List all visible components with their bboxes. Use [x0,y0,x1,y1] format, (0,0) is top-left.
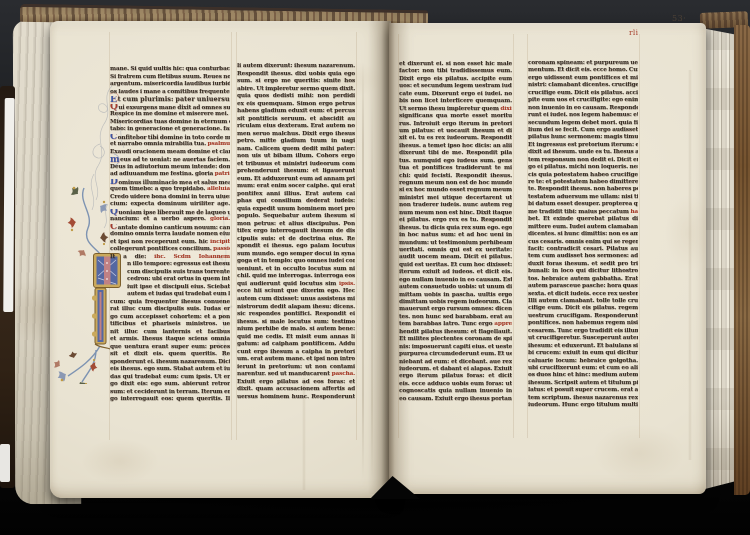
text-line: Credo uidere bona domini in terra uiuen [110,194,230,202]
text-line: cipulis suis: et de doctrina eius. Re [237,236,355,244]
text-line: ut crucifigeretur. Susceperunt autem [528,335,638,342]
text-line: bi datum esset desuper. propterea qui [528,201,638,208]
text-line: re te: et potestatem habeo dimittere [528,179,638,186]
text-line: dixerunt tibi de me. Respondit pila [399,150,512,157]
text-line: sum mundo. ego semper docui in syna [237,251,355,259]
text-line: Cantate domino canticum nouum: cantate [110,224,230,232]
text-line: tes. non hunc sed barabbam. erat au [399,314,512,321]
text-line: et ipsi non receperunt eum. hic incipit [110,239,230,247]
text-line: mauerunt ergo rursum omnes: dicen [399,306,512,313]
right-binding-board [734,25,750,495]
text-line: tos. hebraice autem gabbatha. Erat [528,276,638,283]
manuscript-photograph: mane. Si quid uultis hic: qua conturbaci… [0,0,750,535]
text-line: meus ad te ueniat: ne auertas faciem. [110,156,230,164]
text-line: bi crucem: exiuit in eum qui dicitur [528,350,638,357]
text-line: chil. quid me interrogas. interroga eos [237,273,355,281]
text-line: n illo tempore: egressus est ihesus [110,261,230,269]
text-line: nistri: clamabant dicentes. crucifige [528,82,638,89]
text-line: purpurea circumdederunt eum. Et ue [399,351,512,358]
text-line: tus. numquid ego iudeus sum. gens [399,158,512,165]
text-line: dimittam uobis regem iudeorum. Cla [399,299,512,306]
text-line: spondit ei ihesus. ego palam locutus [237,243,355,251]
text-line: ministri mei utique decertarent ut [399,195,512,202]
text-line: Ut sermo ihesu impleretur quem dixit: [399,106,512,113]
text-line: dicentes. si hunc dimittis: non es ami [528,231,638,238]
text-line: autem consuetudo uobis: ut unum di [399,284,512,291]
text-line: dixit. quam accusacionem affertis ad [237,386,355,394]
text-line: sit pontificis seruum. et abscidit au [237,116,355,124]
text-line: non traderer iudeis. nunc autem reg [399,202,512,209]
text-line: non inuenio in eo causam. Responde [528,105,638,112]
text-line: ihesum: et eduxerunt. Et baiulans si [528,343,638,350]
text-line: phas qui consilium dederat iudeis: [237,198,355,206]
text-line: uestrum crucifigam. Responderunt [528,313,638,320]
text-line: Respice in me domine et miserere mei. A. [110,111,230,119]
text-line: regnum meum non est de hoc mundo. [399,180,512,187]
text-line: Illi autem clamabant. tolle tolle cru [528,298,638,305]
text-line: iudeorum. Hunc ergo titulum multi [528,402,638,409]
text-line: ubi crucifixerunt eum: et cum eo ali [528,365,638,372]
text-line: chi: quid fecisti. Respondit ihesus. [399,173,512,180]
text-line: Et milites plectentes coronam de spi [399,336,512,343]
text-line: mundum: ut testimonium perhibeam [399,240,512,247]
text-column-2: li autem dixerunt: ihesum nazarenum.Resp… [237,63,355,402]
text-line: quid me cedis. Et misit eum annas li [237,334,355,342]
text-line: cus cesaris. omnis enim qui se regem [528,239,638,246]
text-line: mittere eum. Iudei autem clamabant [528,224,638,231]
text-line: caluarie locum: hebraice golgotha. [528,358,638,365]
text-line: sic respondes pontifici. Respondit ei [237,311,355,319]
text-line: duxit foras ihesum. et sedit pro tri [528,261,638,268]
folio-number: 53· [672,14,686,23]
right-fore-edge-stack [701,28,737,490]
text-line: habens gladium eduxit eum: et percus [237,108,355,116]
text-line: nit illuc cum lanternis et facibus [110,329,230,337]
text-line: go cum accepisset cohortem: et a pon [110,314,230,322]
text-line: ueniunt. et in occulto locutus sum ni [237,266,355,274]
text-line: mon petrus: et alius discipulus. Pon [237,221,355,229]
text-line: cum discipulis suis trans torrentem [110,269,230,277]
text-column-3: et dixerunt ei. si non esset hic malefac… [399,61,512,404]
text-line: argentum. misericordia laudibus iurbide … [110,81,230,89]
text-line: cesarem. Tunc ergo tradidit eis illum [528,328,638,335]
text-line: xit ei. tu es rex iudeorum. Respondit [399,135,512,142]
text-line: ihesus. a temet ipso hoc dicis: an alii [399,143,512,150]
text-line: ei pilatus. ergo rex es tu. Respondit [399,217,512,224]
text-line: quem timebo: a quo trepidabo. alleluia [110,186,230,194]
text-line: abire. Ut impleretur sermo quem dixit. [237,86,355,94]
text-line: iterum exiuit ad iudeos. et dicit eis. [399,269,512,276]
text-line: Confitebor tibi domine in toto corde meo [110,134,230,142]
text-line: Respondit ihesus. dixi uobis quia ego [237,71,355,79]
text-column-1: mane. Si quid uultis hic: qua conturbaci… [110,66,230,404]
text-line: quia quos dedisti mihi: non perdidi [237,93,355,101]
text-line: go ei pilatus. michi non loqueris. nes [528,164,638,171]
text-line: cum: quia frequenter ihesus conuene [110,299,230,307]
fore-edge-smudges [701,28,737,490]
text-line: mum: erat enim socer caiphe. qui erat [237,183,355,191]
text-line: crucifige eum. Dicit eis pilatus. acci [528,90,638,97]
text-line: Dixit ergo eis pilatus. accipite eum [399,76,512,83]
text-line: cunt ergo ihesum a caipha in pretori [237,349,355,357]
text-line: men seruo malchus. Dixit ergo ihesus [237,131,355,139]
text-line: mentum. Et dicit eis. ecce homo. Cum [528,67,638,74]
text-line: rat illuc cum discipulis suis. Iudas er [110,306,230,314]
text-line: lium dei se fecit. Cum ergo audisset [528,127,638,134]
text-line: ihesus. tu dicis quia rex sum ego. ego [399,225,512,232]
text-line: bet. Et exinde querebat pilatus di [528,216,638,223]
text-line: rus. Introiuit ergo iterum in pretori [399,121,512,128]
text-line: mane. Si quid uultis hic: qua conturbaci… [110,66,230,74]
text-line: ierunt in pretorium: ut non contami [237,364,355,372]
text-line: eis ihesus. ego sum. Stabat autem et iu [110,366,230,374]
text-line: ihesus. si male locutus sum: testimo [237,319,355,327]
text-line: facit: contradicit cesari. Pilatus au [528,246,638,253]
text-line: sponderunt ei. ihesum nazarenum. Dicit [110,359,230,367]
text-line: eum. Et adduxerunt eum ad annam pri [237,176,355,184]
text-line: nium perhibe de malo. si autem bene: [237,326,355,334]
text-line: iuit ipse et discipuli eius. Sciebat [110,284,230,292]
text-line: Dominus illuminacio mea et salus mea: [110,179,230,187]
text-line: sum. si ergo me queritis: sinite hos [237,78,355,86]
text-line: tem barabbas latro. Tunc ergo appre [399,321,512,328]
text-line: Deus in adiutorium meum intende: domine [110,164,230,172]
text-line: ueritati. omnis qui est ex ueritate: [399,247,512,254]
text-line: pilatus hunc sermonem: magis timuit. [528,134,638,141]
text-column-4: coronam spineam: et purpureum uestimentu… [528,60,638,410]
text-line: collegerunt pontifices concilium. passio… [110,246,230,254]
text-line: tem responsum non dedit ei. Dicit er [528,157,638,164]
text-line: me tradidit tibi: maius peccatum ha [528,209,638,216]
text-line: num meum non est hinc. Dixit itaque [399,210,512,217]
text-line: quid est ueritas. Et cum hoc dixisset: [399,262,512,269]
text-line: ergo iterum pilatus foras: et dicit [399,373,512,380]
text-line: sum: et ceciderunt in terram. Iterum er [110,389,230,397]
text-line: coronam spineam: et purpureum uesti [528,60,638,67]
text-line: cium: expecta dominum uiriliter age. [110,201,230,209]
text-line: tificibus et phariseis ministros. ue [110,321,230,329]
text-line: go interrogauit eos: quem queritis. Il [110,396,230,404]
text-line: autem cum dixisset: unus assistens mi [237,296,355,304]
text-line: populo. Sequebatur autem ihesum si [237,213,355,221]
text-line: sit et dixit eis. quem queritis. Re [110,351,230,359]
text-line: go dixit eis: ego sum. abierunt retror [110,381,230,389]
text-line: iudeorum. et dabant ei alapas. Exiuit [399,366,512,373]
text-line: que uentura erant super eum: proces [110,344,230,352]
text-line: domino omnis terra laudate nomen eius. [110,231,230,239]
text-line: bis non licet interficere quemquam. [399,98,512,105]
text-line: Exiuit ergo pilatus ad eos foras: et [237,379,355,387]
text-line: tem cum audisset hos sermones: ad [528,253,638,260]
text-line: pite eum uos et crucifigite: ego enim [528,97,638,104]
text-line: ad adiuuandum me festina. gloria patri. [110,171,230,179]
text-line: Et ingressus est pretorium iterum: et [528,142,638,149]
text-line: ergo uidissent eum pontifices et mi [528,75,638,82]
text-line: in hoc natus sum: et ad hoc ueni in [399,232,512,239]
text-line: Et cum plurimis: pater uniuersus dominus… [110,96,230,104]
text-line: cedron: ubi erat ortus in quem intro [110,276,230,284]
text-line: petro. mitte gladium tuum in uagi [237,138,355,146]
text-line: cifige eum. Dicit eis pilatus. regem [528,305,638,312]
text-line: cate eum. Dixerunt ergo ei iudei. no [399,91,512,98]
text-line: audit uocem meam. Dicit ei pilatus. [399,254,512,261]
text-line: significans qua morte esset moritu [399,113,512,120]
protruding-white-leaf-lower [0,444,10,482]
text-line: nam. Calicem quem dedit mihi pater: [237,146,355,154]
quire-mark: rli [629,28,638,37]
text-line: dixit ad ihesum. unde es tu. Ihesus au [528,149,638,156]
text-line: pontifices. non habemus regem nisi [528,320,638,327]
text-line: prehenderunt ihesum: et ligauerunt [237,168,355,176]
text-line: factor: non tibi tradidissemus eum. [399,68,512,75]
text-line: hendit pilatus ihesum: et flagellauit. [399,329,512,336]
text-line: tabo: in generacione et generacione. fan… [110,126,230,134]
protruding-white-leaf-upper [3,98,14,312]
text-line: os laudes i mane a comitibus frequenter. [110,89,230,97]
text-line: quia expedit unum hominem mori pro [237,206,355,214]
text-line: sexta. et dicit iudeis. ecce rex uester. [528,291,638,298]
text-line: et armis. Ihesus itaque sciens omnia [110,336,230,344]
text-line: riculam eius dexteram. Erat autem no [237,123,355,131]
text-line: narentur. sed ut manducarent pascha. [237,371,355,379]
text-line: niebant ad eum: et dicebant. aue rex [399,359,512,366]
text-line: Misericordias tuas domine in eternum can… [110,119,230,127]
text-line: ex eis quemquam. Simon ergo petrus [237,101,355,109]
text-line: das qui tradebat eum: cum ipsis. Ut er [110,374,230,382]
text-line: cognoscatis quia nullam inuenio in [399,388,512,395]
text-line: et tribunus et ministri iudeorum com [237,161,355,169]
text-line: ego nullam inuenio in eo causam. Est [399,277,512,284]
text-line: ihesum. Scripsit autem et titulum pi [528,380,638,387]
text-line: goga et in templo: quo omnes iudei con [237,258,355,266]
text-line: runt ei iudei. nos legem habemus: et [528,112,638,119]
text-line: nancium: et a uerbo aspero. gloria. [110,216,230,224]
text-line: eo causam. Exiuit ergo ihesus portans [399,396,512,403]
text-line: autem parasceue pasche: hora quasi [528,283,638,290]
text-line: qui audierunt quid locutus sim ipsis. [237,281,355,289]
text-line: nis: imposuerunt capiti eius. et ueste [399,344,512,351]
text-line: um pilatus: et uocauit ihesum et di [399,128,512,135]
text-line: Quoniam ipse liberauit me de laqueo ue [110,209,230,217]
text-line: Si fratrem cum fletibus suum. Reues nobi… [110,74,230,82]
text-line: li autem dixerunt: ihesum nazarenum. [237,63,355,71]
text-line: si ex hoc mundo esset regnum meum: [399,187,512,194]
text-line: It a die: ihc. Scdm Iohannem [110,254,230,262]
text-line: et narrabo omnia mirabilia tua. psalmus [110,141,230,149]
text-line: latus: et posuit super crucem. erat au [528,387,638,394]
text-line: ecce hii sciunt que dixerim ego. Hec [237,288,355,296]
text-line: os duos hinc et hinc: medium autem [528,372,638,379]
text-line: Exaudi oracionem meam domine et clamor [110,149,230,157]
text-line: non uis ut bibam illum. Cohors ergo [237,153,355,161]
text-line: cis quia potestatem habeo crucifige [528,172,638,179]
text-line: testatem aduersum me ullam: nisi ti [528,194,638,201]
text-line: autem et iudas qui tradebat eum lo [110,291,230,299]
text-line: um. erat autem mane. et ipsi non intro [237,356,355,364]
text-line: secundum legem debet mori. quia fi [528,120,638,127]
text-line: uos: et secundum legem uestram iudi [399,83,512,90]
text-line: et dixerunt ei. si non esset hic male [399,61,512,68]
text-line: gatum: ad caipham pontificem. Addu [237,341,355,349]
text-line: tua et pontifices tradiderunt te mi [399,165,512,172]
text-line: eis. ecce adduco uobis eum foras: ut [399,381,512,388]
text-line: Qui exsurgens mane dixit ad omnes suos. … [110,104,230,112]
text-line: tifex ergo interrogauit ihesum de dis [237,228,355,236]
text-line: pontifex anni illius. Erat autem cai [237,191,355,199]
text-line: nistrorum dedit alapam ihesu: dicens. [237,304,355,312]
text-line: bunali: in loco qui dicitur lithostro [528,268,638,275]
text-line: mittam uobis in pascha. uultis ergo [399,292,512,299]
text-line: uersus hominem hunc. Responderunt [237,394,355,402]
text-line: te. Respondit ihesus. non haberes po [528,186,638,193]
text-line: tem scriptum. ihesus nazarenus rex [528,395,638,402]
